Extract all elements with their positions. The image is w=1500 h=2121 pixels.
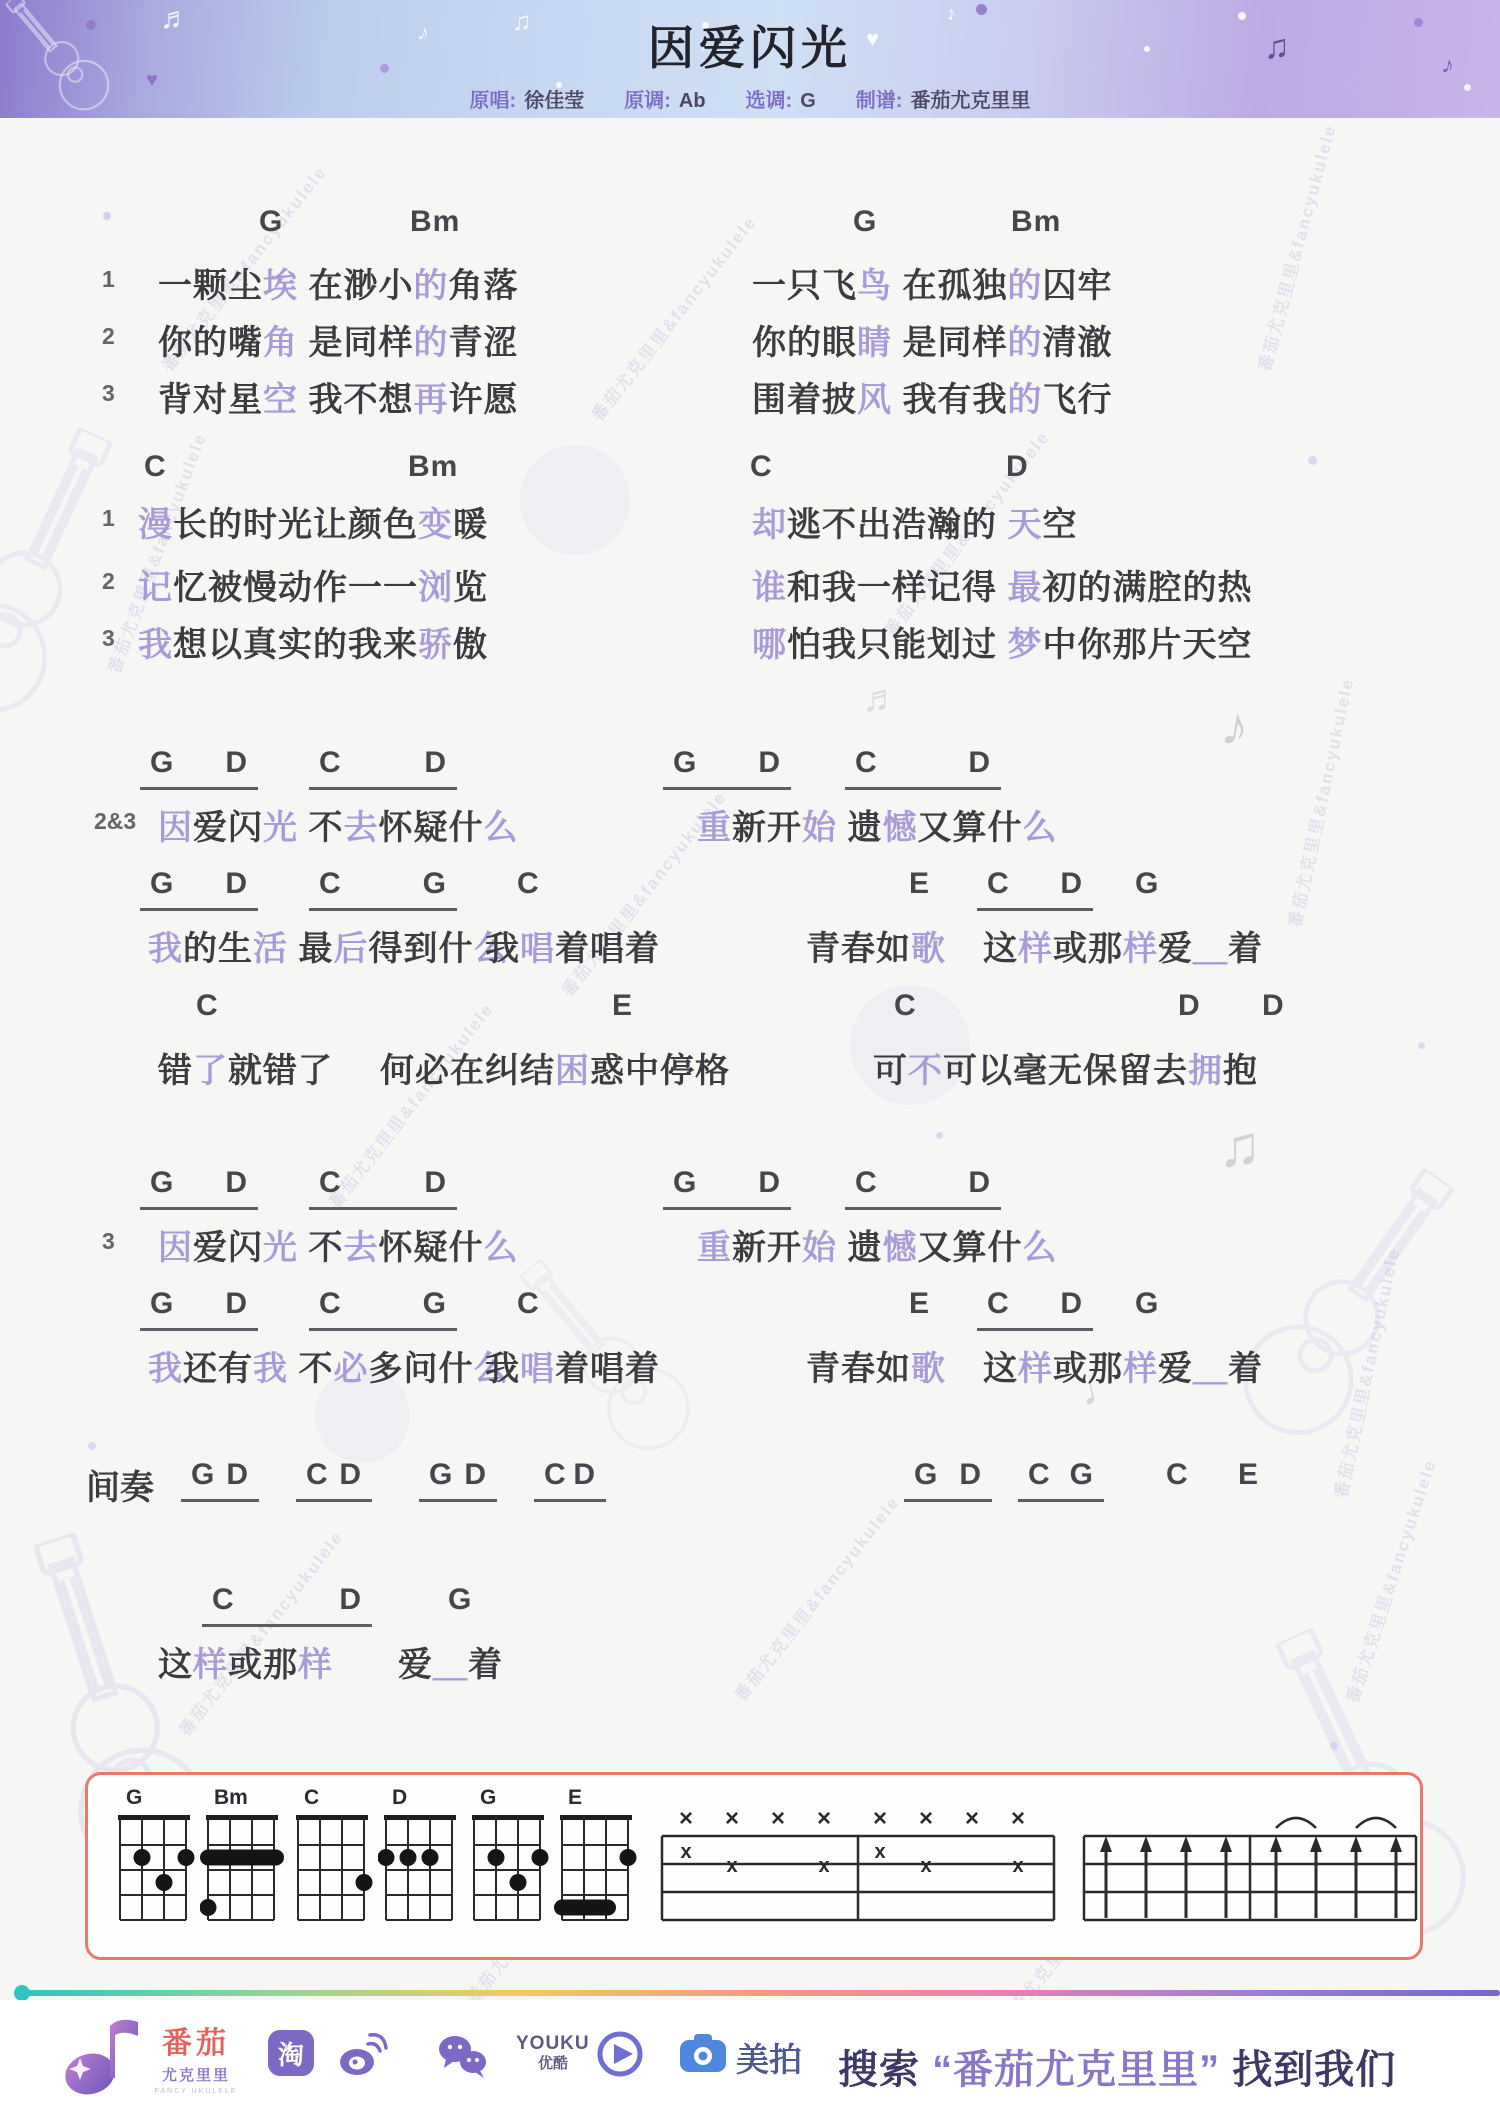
lyric-text: 览 (453, 569, 488, 607)
chord-measure: E (1238, 1458, 1259, 1492)
dot-decor (1418, 1042, 1425, 1049)
lyric-text: 这 (983, 1350, 1018, 1388)
lyric-text: 不 (298, 809, 343, 847)
chord-measure: GD (663, 1166, 791, 1210)
chord-label: G (150, 867, 174, 908)
lyric-text: 又算什 (917, 809, 1022, 847)
lyric-highlight: 的 (1007, 324, 1042, 362)
watermark-text: 番茄尤克里里&fancyukulele (1281, 675, 1359, 930)
lyric-text: 我有我 (892, 381, 1007, 419)
svg-text:×: × (1011, 1805, 1025, 1832)
lyric-text: 是同样 (892, 324, 1007, 362)
lyric-highlight: 谁 (752, 569, 787, 607)
lyric-highlight: 重 (697, 1229, 732, 1267)
lyric-text: 中你那片天空 (1042, 626, 1252, 664)
lyric-part: 青春如歌 (806, 1341, 946, 1390)
lyric-text: 初的满腔的热 (1042, 569, 1252, 607)
chord-measure: CG (309, 1287, 457, 1331)
lyric-part: 我想以真实的我来骄傲 (138, 617, 488, 666)
lyric-text: 我不想 (298, 381, 413, 419)
lyric-highlight: 样 (193, 1646, 228, 1684)
svg-text:x: x (726, 1855, 737, 1877)
lyric-highlight: 拥 (1188, 1052, 1223, 1090)
soft-circle-decor (520, 445, 630, 555)
chord-diagram-name: G (480, 1786, 550, 1810)
chord-sheet-page: ♬♪♫♥♥♪♫♪♪ 因爱闪光 原唱:徐佳莹 原调:Ab 选调:G 制谱:番茄尤克… (0, 0, 1500, 2121)
svg-text:×: × (725, 1805, 739, 1832)
page-header: ♬♪♫♥♥♪♫♪♪ 因爱闪光 原唱:徐佳莹 原调:Ab 选调:G 制谱:番茄尤克… (0, 0, 1500, 118)
lyric-highlight: 风 (857, 381, 892, 419)
chord-measure: C (517, 1287, 540, 1321)
lyric-highlight: 了 (193, 1052, 228, 1090)
music-note-icon: ♪ (1218, 698, 1254, 756)
lyric-text: 这 (983, 930, 1018, 968)
chord-measure: C (517, 867, 540, 901)
lyric-text: 傲 (453, 626, 488, 664)
svg-text:x: x (920, 1855, 931, 1877)
ukulele-sketch (1211, 1144, 1488, 1468)
lyric-text: 许愿 (448, 381, 518, 419)
chord-label: G (673, 746, 697, 787)
lyric-text: 角落 (448, 267, 518, 305)
dot-decor (103, 212, 111, 220)
verse-number: 2 (102, 323, 115, 350)
watermark-text: 番茄尤克里里&fancyukulele (584, 209, 761, 426)
lyric-highlight: 因 (158, 1229, 193, 1267)
brand-name-sub: 尤克里里 (148, 2064, 244, 2085)
lyric-part: 你的眼睛 是同样的清澈 (752, 315, 1112, 364)
play-button-icon[interactable] (596, 2030, 644, 2078)
lyric-text: 着 (1228, 930, 1263, 968)
chord-measure: CD (845, 746, 1001, 790)
lyric-part: 一颗尘埃 在渺小的角落 (158, 258, 518, 307)
lyric-part: 何必在纠结困惑中停格 (380, 1043, 730, 1092)
lyric-text: 多问什 (368, 1350, 473, 1388)
lyric-highlight: 哪 (752, 626, 787, 664)
chord-measure: D (1262, 989, 1285, 1023)
chord-measure: G (1135, 867, 1159, 901)
youku-label-en: YOUKU (516, 2034, 590, 2053)
lyric-text: 围着披 (752, 381, 857, 419)
lyric-highlight: 睛 (857, 324, 892, 362)
chord-diagram-D: D (378, 1786, 462, 1930)
lyric-text: 清澈 (1042, 324, 1112, 362)
chord-label: G (1135, 867, 1159, 901)
lyric-highlight: ＿ (1193, 1350, 1228, 1388)
chord-label: E (909, 1287, 930, 1321)
chord-measure: G (853, 205, 877, 239)
chord-measure: CD (534, 1458, 606, 1502)
search-prefix: 搜索 (838, 2048, 932, 2092)
chord-measure: D (1006, 450, 1029, 484)
lyric-highlight: 我 (253, 1350, 288, 1388)
chord-label: C (196, 989, 219, 1023)
lyric-highlight: 我 (148, 1350, 183, 1388)
chord-label: G (1135, 1287, 1159, 1321)
chord-diagram-name: Bm (214, 1786, 284, 1810)
chord-label: C (987, 867, 1010, 908)
watermark-text: 番茄尤克里里&fancyukulele (1251, 121, 1341, 374)
lyric-part: 这样或那样爱＿着 (983, 1341, 1263, 1390)
lyric-highlight: 样 (1123, 930, 1158, 968)
lyric-part: 我还有我 不必多问什么 (148, 1341, 508, 1390)
chord-measure: Bm (408, 450, 458, 484)
lyric-part: 重新开始 遗憾又算什么 (697, 800, 1057, 849)
chord-label: C (855, 1166, 878, 1207)
chord-label: D (968, 746, 991, 787)
lyric-highlight: 变 (418, 506, 453, 544)
chord-label: D (226, 1458, 249, 1499)
lyric-part: 我的生活 最后得到什么 (148, 921, 508, 970)
lyric-part: 错了就错了 (158, 1043, 333, 1092)
lyric-text: 不 (288, 1350, 333, 1388)
tomato-note-icon (58, 2014, 150, 2098)
lyric-text: 我 (485, 930, 520, 968)
lyric-part: 漫长的时光让颜色变暖 (138, 497, 488, 546)
lyric-text: 或那 (1053, 930, 1123, 968)
chord-label: C (894, 989, 917, 1023)
lyric-highlight: 浏 (418, 569, 453, 607)
lyric-text: 爱 (1158, 1350, 1193, 1388)
chord-label: D (424, 746, 447, 787)
page-footer: 番茄 尤克里里 FANCY UKULELE 淘 YOUKU 优酷 (0, 2000, 1500, 2121)
lyric-text: 在渺小 (298, 267, 413, 305)
lyric-text: 你的嘴 (158, 324, 263, 362)
chord-label: G (423, 1287, 447, 1328)
chord-label: G (853, 205, 877, 239)
lyric-highlight: 去 (343, 1229, 378, 1267)
lyric-part: 我唱着唱着 (485, 921, 660, 970)
lyric-text: 的生 (183, 930, 253, 968)
lyric-text: 是同样 (298, 324, 413, 362)
credit-label: 原调: (624, 90, 671, 112)
lyric-highlight: 去 (343, 809, 378, 847)
chord-measure: E (909, 1287, 930, 1321)
chord-measure: GD (181, 1458, 259, 1502)
verse-number: 3 (102, 380, 115, 407)
chord-label: D (225, 1287, 248, 1328)
chord-label: D (339, 1458, 362, 1499)
watermark-text: 番茄尤克里里&fancyukulele (1338, 1455, 1441, 1705)
chord-measure: GD (904, 1458, 992, 1502)
lyric-highlight: 光 (263, 1229, 298, 1267)
svg-text:×: × (919, 1805, 933, 1832)
search-text: 搜索 “番茄尤克里里” 找到我们 (838, 2038, 1396, 2095)
chord-measure: Bm (1011, 205, 1061, 239)
lyric-text: 遗 (837, 809, 882, 847)
verse-number: 1 (102, 266, 115, 293)
lyric-highlight: 因 (158, 809, 193, 847)
chord-diagram-C: C (290, 1786, 374, 1930)
lyric-text: 还有 (183, 1350, 253, 1388)
chord-measure: C (894, 989, 917, 1023)
lyric-highlight: 记 (138, 569, 173, 607)
weibo-icon[interactable] (336, 2032, 388, 2078)
credit-original-singer: 原唱:徐佳莹 (470, 84, 585, 113)
credit-value: G (800, 90, 816, 112)
chord-diagram-name: C (304, 1786, 374, 1810)
lyric-text: 得到什 (368, 930, 473, 968)
lyric-text: 你的眼 (752, 324, 857, 362)
meipai-label: 美拍 (736, 2034, 802, 2081)
chord-measure: G (259, 205, 283, 239)
chord-diagram-G: G (466, 1786, 550, 1930)
chord-measure: GD (663, 746, 791, 790)
chord-measure: CD (202, 1583, 372, 1627)
svg-text:x: x (874, 1841, 885, 1863)
chord-diagram-E: E (554, 1786, 638, 1930)
lyric-highlight: 歌 (911, 930, 946, 968)
lyric-text: 青春如 (806, 1350, 911, 1388)
lyric-text: 逃不出浩瀚的 (787, 506, 1007, 544)
lyric-highlight: 始 (802, 1229, 837, 1267)
lyric-text: 新开 (732, 1229, 802, 1267)
chord-grid (378, 1813, 462, 1925)
search-suffix: 找到我们 (1220, 2048, 1396, 2092)
lyric-highlight: 埃 (263, 267, 298, 305)
chord-label: G (448, 1583, 472, 1617)
brand-name-en: FANCY UKULELE (148, 2088, 244, 2095)
lyric-highlight: 憾 (882, 1229, 917, 1267)
lyric-text: 可以毫无保留去 (943, 1052, 1188, 1090)
verse-number: 3 (102, 1228, 115, 1255)
svg-text:x: x (1012, 1855, 1023, 1877)
svg-text:×: × (679, 1805, 693, 1832)
chord-diagram-name: D (392, 1786, 462, 1810)
chord-label: C (1166, 1458, 1189, 1492)
chord-label: D (1006, 450, 1029, 484)
chord-label: D (464, 1458, 487, 1499)
lyric-text: 错 (158, 1052, 193, 1090)
taobao-icon[interactable]: 淘 (268, 2030, 314, 2076)
credit-value: 番茄尤克里里 (910, 90, 1030, 112)
chord-measure: CD (309, 746, 457, 790)
credit-label: 选调: (746, 90, 793, 112)
lyric-part: 哪怕我只能划过 梦中你那片天空 (752, 617, 1252, 666)
svg-text:×: × (873, 1805, 887, 1832)
chord-grid (112, 1813, 196, 1925)
chord-measure: CD (309, 1166, 457, 1210)
lyric-highlight: 却 (752, 506, 787, 544)
credit-label: 制谱: (856, 90, 903, 112)
lyric-text: 爱 (1158, 930, 1193, 968)
lyric-text: 新开 (732, 809, 802, 847)
lyric-text: 青春如 (806, 930, 911, 968)
footer-divider (22, 1990, 1500, 1996)
lyric-highlight: 憾 (882, 809, 917, 847)
lyric-part: 我唱着唱着 (485, 1341, 660, 1390)
lyric-highlight: ＿ (1193, 930, 1228, 968)
chord-label: Bm (408, 450, 458, 484)
chord-label: C (1028, 1458, 1051, 1499)
lyric-text: 何必在纠结 (380, 1052, 555, 1090)
lyric-text: 长的时光让颜色 (173, 506, 418, 544)
lyric-text: 或那 (228, 1646, 298, 1684)
chord-label: D (225, 867, 248, 908)
lyric-highlight: 么 (483, 1229, 518, 1267)
lyric-highlight: 漫 (138, 506, 173, 544)
lyric-highlight: 样 (1123, 1350, 1158, 1388)
watermark-text: 番茄尤克里里&fancyukulele (727, 1489, 904, 1706)
chord-label: Bm (1011, 205, 1061, 239)
lyric-text: 着唱着 (555, 1350, 660, 1388)
credit-value: Ab (679, 90, 706, 112)
credit-arranger: 制谱:番茄尤克里里 (856, 84, 1031, 113)
chord-label: D (758, 746, 781, 787)
chord-label: D (1060, 867, 1083, 908)
lyric-text: 想以真实的我来 (173, 626, 418, 664)
lyric-highlight: 天 (1007, 506, 1042, 544)
chord-label: C (319, 1166, 342, 1207)
lyric-highlight: 的 (413, 324, 448, 362)
verse-number: 2&3 (94, 808, 136, 835)
youku-logo[interactable]: YOUKU 优酷 (516, 2034, 590, 2071)
lyric-highlight: 困 (555, 1052, 590, 1090)
chord-label: C (144, 450, 167, 484)
chord-label: D (573, 1458, 596, 1499)
lyric-part: 背对星空 我不想再许愿 (158, 372, 518, 421)
svg-text:×: × (965, 1805, 979, 1832)
wechat-icon[interactable] (436, 2032, 490, 2078)
lyric-part: 记忆被慢动作一一浏览 (138, 560, 488, 609)
lyric-text: 暖 (453, 506, 488, 544)
chord-diagram-name: E (568, 1786, 638, 1810)
chord-label: C (319, 1287, 342, 1328)
chord-measure: D (1178, 989, 1201, 1023)
lyric-text: 一颗尘 (158, 267, 263, 305)
lyric-highlight: 鸟 (857, 267, 892, 305)
lyric-text: 最 (288, 930, 333, 968)
music-note-icon: ♬ (862, 680, 900, 718)
chord-label: C (544, 1458, 567, 1499)
chord-label: D (339, 1583, 362, 1624)
brand-name-cn: 番茄 (148, 2018, 244, 2062)
chord-measure: GD (140, 746, 258, 790)
lyric-text: 青涩 (448, 324, 518, 362)
chord-label: C (306, 1458, 329, 1499)
lyric-highlight: 始 (802, 809, 837, 847)
search-brand: “番茄尤克里里” (932, 2048, 1220, 2092)
svg-text:×: × (771, 1805, 785, 1832)
dot-decor (1330, 1742, 1338, 1750)
lyric-part: 因爱闪光 不去怀疑什么 (158, 1220, 518, 1269)
lyric-highlight: 样 (1018, 930, 1053, 968)
lyric-part: 谁和我一样记得 最初的满腔的热 (752, 560, 1252, 609)
chord-diagram-Bm: Bm (200, 1786, 284, 1930)
lyric-part: 青春如歌 (806, 921, 946, 970)
chord-label: G (1070, 1458, 1094, 1499)
lyric-part: 因爱闪光 不去怀疑什么 (158, 800, 518, 849)
chord-label: G (259, 205, 283, 239)
chord-measure: C (144, 450, 167, 484)
lyric-text: 可 (873, 1052, 908, 1090)
lyric-text: 怕我只能划过 (787, 626, 1007, 664)
lyric-part: 围着披风 我有我的飞行 (752, 372, 1112, 421)
lyric-highlight: 最 (1007, 569, 1042, 607)
chord-label: D (225, 1166, 248, 1207)
dot-decor (88, 1442, 96, 1450)
lyric-highlight: 我 (138, 626, 173, 664)
chord-grid (200, 1813, 284, 1925)
lyric-text: 一只飞 (752, 267, 857, 305)
lyric-part: 这样或那样 (158, 1637, 333, 1686)
lyric-text: 或那 (1053, 1350, 1123, 1388)
chord-label: C (517, 1287, 540, 1321)
lyric-highlight: 样 (298, 1646, 333, 1684)
chord-label: G (150, 1166, 174, 1207)
lyric-text: 爱闪 (193, 1229, 263, 1267)
chord-label: C (855, 746, 878, 787)
chord-measure: C (196, 989, 219, 1023)
lyric-highlight: ＿ (433, 1646, 468, 1684)
chord-label: G (423, 867, 447, 908)
credit-play-key: 选调:G (746, 84, 816, 113)
lyric-highlight: 角 (263, 324, 298, 362)
chord-measure: GD (140, 867, 258, 911)
lyric-highlight: 的 (1007, 267, 1042, 305)
lyric-text: 空 (1042, 506, 1077, 544)
lyric-highlight: 梦 (1007, 626, 1042, 664)
svg-text:×: × (817, 1805, 831, 1832)
lyric-text: 抱 (1223, 1052, 1258, 1090)
chord-grid (290, 1813, 374, 1925)
chord-label: G (429, 1458, 453, 1499)
dot-decor (936, 1132, 943, 1139)
lyric-highlight: 骄 (418, 626, 453, 664)
chord-label: C (987, 1287, 1010, 1328)
lyric-part: 爱＿着 (398, 1637, 503, 1686)
lyric-highlight: 歌 (911, 1350, 946, 1388)
lyric-text: 着 (1228, 1350, 1263, 1388)
lyric-highlight: 重 (697, 809, 732, 847)
chord-label: D (959, 1458, 982, 1499)
lyric-highlight: 的 (413, 267, 448, 305)
chord-label: E (909, 867, 930, 901)
lyric-text: 又算什 (917, 1229, 1022, 1267)
chord-label: C (517, 867, 540, 901)
credit-original-key: 原调:Ab (624, 84, 705, 113)
dot-decor (1308, 456, 1317, 465)
meipai-icon[interactable] (678, 2032, 728, 2076)
strum-pattern-1: ×××× ×××× xxxx xx (658, 1798, 1058, 1943)
lyric-part: 却逃不出浩瀚的 天空 (752, 497, 1077, 546)
section-label: 间奏 (86, 1460, 154, 1509)
chord-label: D (758, 1166, 781, 1207)
lyric-part: 你的嘴角 是同样的青涩 (158, 315, 518, 364)
lyric-text: 不 (298, 1229, 343, 1267)
chord-label: D (1178, 989, 1201, 1023)
lyric-text: 爱闪 (193, 809, 263, 847)
chord-measure: CD (296, 1458, 372, 1502)
chord-measure: Bm (410, 205, 460, 239)
strum-pattern-2 (1080, 1798, 1420, 1943)
chord-measure: G (1135, 1287, 1159, 1321)
lyric-text: 背对星 (158, 381, 263, 419)
chord-label: C (750, 450, 773, 484)
lyric-text: 着唱着 (555, 930, 660, 968)
lyric-highlight: 的 (1007, 381, 1042, 419)
chord-label: D (1060, 1287, 1083, 1328)
chord-label: D (1262, 989, 1285, 1023)
lyric-highlight: 再 (413, 381, 448, 419)
chord-measure: C (1166, 1458, 1189, 1492)
chord-diagram-G: G (112, 1786, 196, 1930)
chord-label: D (225, 746, 248, 787)
chord-measure: CG (309, 867, 457, 911)
chord-grid (554, 1813, 638, 1925)
lyric-highlight: 空 (263, 381, 298, 419)
lyric-text: 和我一样记得 (787, 569, 1007, 607)
